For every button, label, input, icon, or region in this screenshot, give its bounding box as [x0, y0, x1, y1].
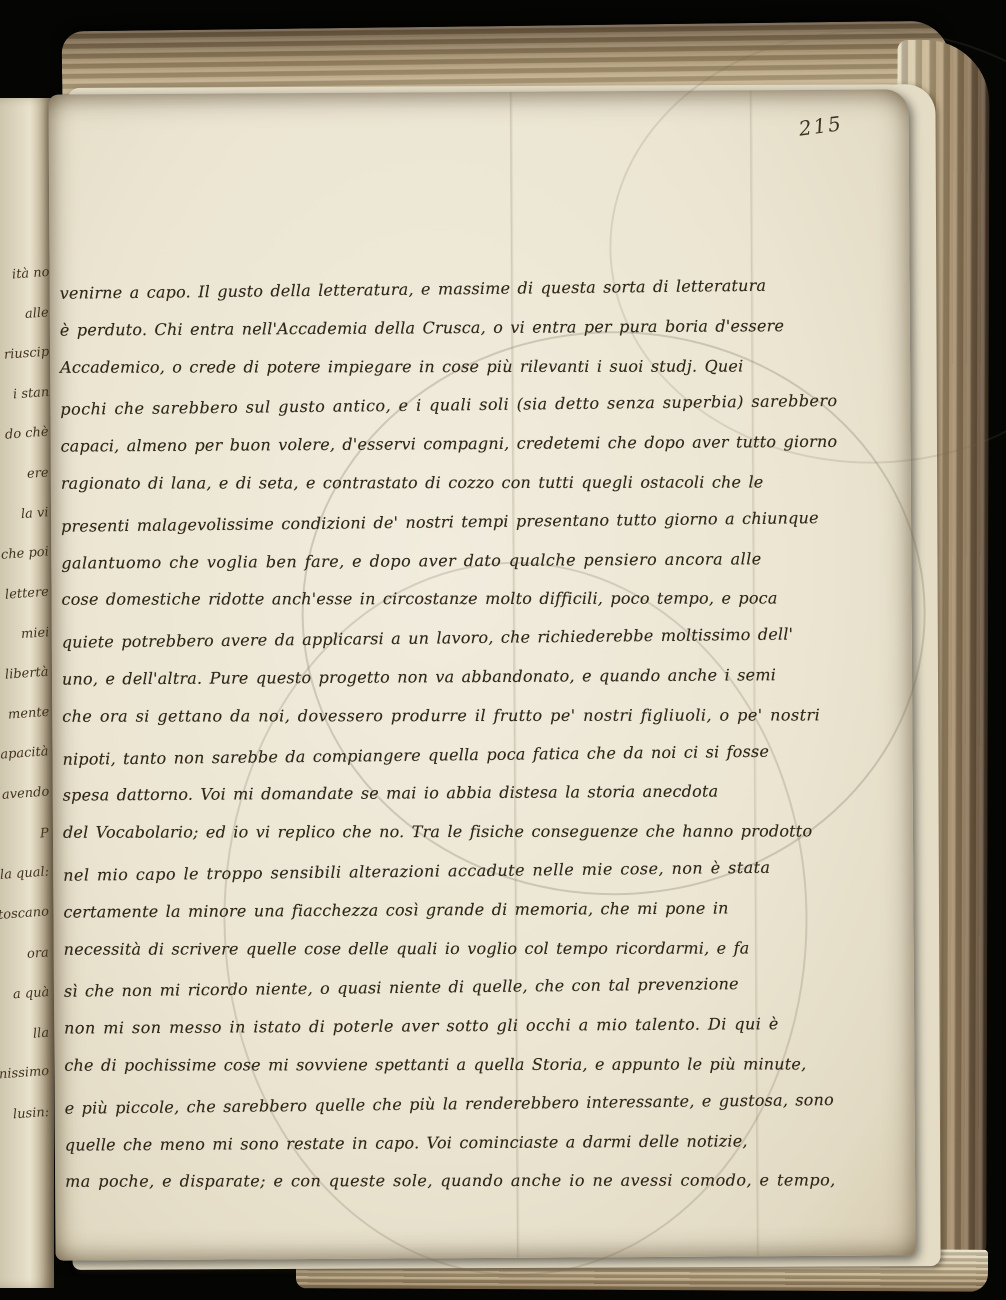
handwritten-text-block: venirne a capo. Il gusto della letteratu… [60, 267, 908, 1203]
manuscript-line: Accademico, o crede di potere impiegare … [60, 347, 902, 387]
manuscript-line: uno, e dell'altra. Pure questo progetto … [62, 655, 904, 699]
facing-page-strip: ità no alle riuscip i stan do chè ere la… [0, 98, 54, 1288]
margin-fragment: lla [32, 1025, 54, 1041]
manuscript-scan: ità no alle riuscip i stan do chè ere la… [0, 0, 1006, 1300]
margin-fragment: la vi [21, 505, 55, 522]
margin-fragment: la qual: [0, 864, 54, 883]
manuscript-line: spesa dattorno. Voi mi domandate se mai … [63, 772, 905, 816]
manuscript-line: ragionato di lana, e di seta, e contrast… [61, 463, 903, 503]
manuscript-line: capaci, almeno per buon volere, d'esserv… [60, 423, 902, 467]
margin-fragment: toscano [0, 904, 54, 923]
margin-fragment: mente [7, 704, 54, 722]
margin-fragment: ità no [11, 265, 54, 283]
margin-fragment: capacità [0, 744, 54, 763]
margin-fragment: i stan [12, 385, 54, 403]
manuscript-line: cose domestiche ridotte anch'esse in cir… [62, 580, 904, 620]
manuscript-line: è perduto. Chi entra nell'Accademia dell… [60, 306, 902, 350]
facing-page-text-fragments: ità no alle riuscip i stan do chè ere la… [0, 266, 54, 1121]
manuscript-line: certamente la minore una fiacchezza così… [63, 888, 905, 932]
manuscript-line: necessità di scrivere quelle cose delle … [64, 929, 906, 969]
margin-fragment: ora [27, 945, 55, 962]
manuscript-line: che di pochissime cose mi sovviene spett… [64, 1045, 906, 1085]
manuscript-line: galantuomo che voglia ben fare, e dopo a… [61, 539, 903, 583]
margin-fragment: riuscip [3, 344, 54, 362]
margin-fragment: avendo [1, 784, 54, 803]
manuscript-line: che ora si gettano da noi, dovessero pro… [62, 696, 904, 736]
manuscript-line: del Vocabolario; ed io vi replico che no… [63, 812, 905, 852]
margin-fragment: lettere [5, 584, 55, 602]
manuscript-line: ma poche, e disparate; e con queste sole… [65, 1162, 907, 1202]
margin-fragment: lusin: [12, 1105, 54, 1123]
margin-fragment: benissimo [0, 1064, 54, 1084]
margin-fragment: a quà [12, 985, 54, 1003]
manuscript-page: 215 venirne a capo. Il gusto della lette… [48, 89, 915, 1260]
manuscript-line: non mi son messo in istato di poterle av… [64, 1005, 906, 1049]
page-number: 215 [797, 111, 844, 140]
margin-fragment: che poi [1, 544, 55, 563]
manuscript-line: quelle che meno mi sono restate in capo.… [65, 1121, 907, 1165]
margin-fragment: miei [20, 625, 54, 642]
margin-fragment: do chè [5, 424, 55, 442]
margin-fragment: libertà [5, 664, 54, 682]
